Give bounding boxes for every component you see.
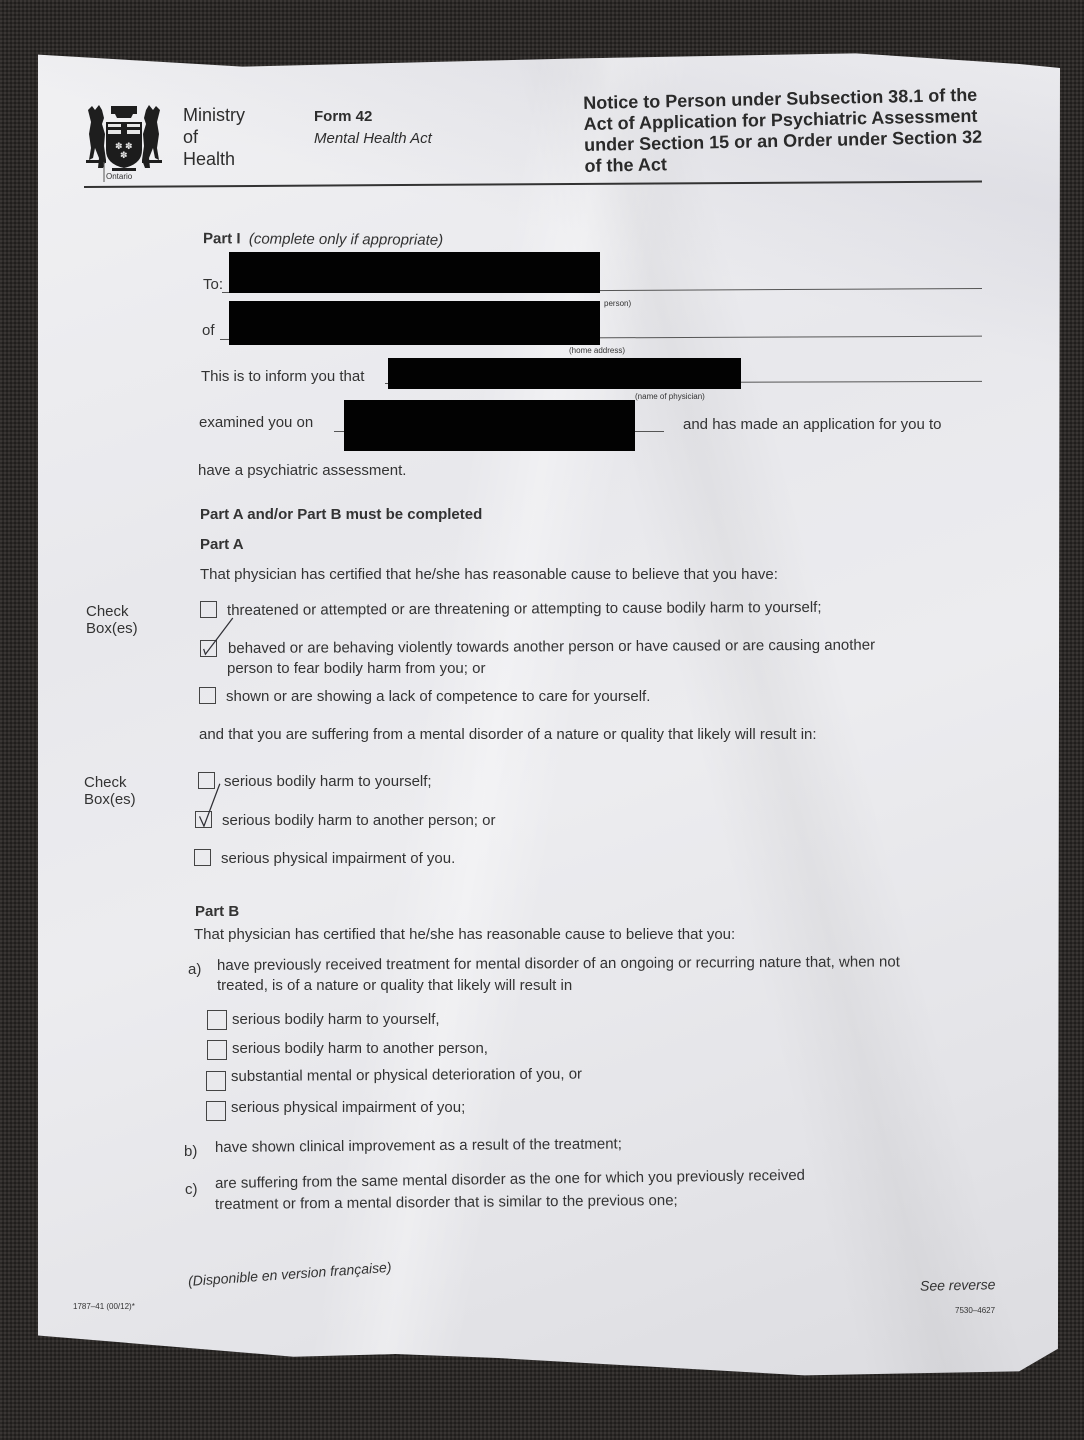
- partB-b-marker: b): [184, 1143, 197, 1160]
- partB-a-marker: a): [188, 961, 201, 978]
- to-label: To:: [203, 276, 223, 293]
- check-label: Check: [86, 603, 138, 620]
- form-code-left: 1787–41 (00/12)*: [73, 1302, 135, 1311]
- to-caption: person): [604, 299, 631, 308]
- svg-text:✽: ✽: [120, 150, 128, 160]
- partA-checkbox-harm-self[interactable]: [198, 772, 215, 789]
- partA-checkbox-violent[interactable]: [200, 640, 217, 657]
- checkmark-icon: [201, 641, 216, 656]
- check-boxes-label: Check Box(es): [84, 774, 136, 808]
- date-field-redacted[interactable]: [344, 400, 635, 451]
- ontario-coat-of-arms-icon: ✽ ✽ ✽ Ontario: [84, 100, 164, 184]
- partA-option-label: shown or are showing a lack of competenc…: [226, 688, 650, 705]
- partB-checkbox-harm-other[interactable]: [207, 1040, 227, 1060]
- partA-checkbox-self-harm[interactable]: [200, 601, 217, 618]
- partB-b-text: have shown clinical improvement as a res…: [215, 1135, 622, 1156]
- partB-a-text-cont: treated, is of a nature or quality that …: [217, 977, 572, 994]
- instructions: Part A and/or Part B must be completed: [200, 506, 482, 523]
- partA-intro: That physician has certified that he/she…: [200, 566, 778, 583]
- partA-result-label: serious physical impairment of you.: [221, 850, 455, 867]
- logo-caption: Ontario: [106, 172, 132, 181]
- part1-note: (complete only if appropriate): [249, 230, 443, 248]
- partB-checkbox-harm-self[interactable]: [207, 1010, 227, 1030]
- to-field-redacted[interactable]: [229, 252, 600, 293]
- partB-option-label: serious bodily harm to yourself,: [232, 1011, 440, 1028]
- part1-continuation: have a psychiatric assessment.: [198, 462, 406, 479]
- part1-title: Part I: [203, 230, 241, 247]
- see-reverse-note: See reverse: [920, 1276, 996, 1294]
- form-number: Form 42: [314, 108, 372, 125]
- partB-intro: That physician has certified that he/she…: [194, 926, 735, 943]
- partA-checkbox-impairment[interactable]: [194, 849, 211, 866]
- partA-result-label: serious bodily harm to yourself;: [224, 773, 432, 790]
- inform-label: This is to inform you that: [201, 368, 364, 385]
- partA-heading: Part A: [200, 536, 244, 553]
- check-label: Check: [84, 774, 136, 791]
- partA-option-label-cont: person to fear bodily harm from you; or: [227, 660, 485, 677]
- partA-option-label: behaved or are behaving violently toward…: [228, 637, 875, 657]
- partA-option-label: threatened or attempted or are threateni…: [227, 599, 822, 619]
- partB-c-marker: c): [185, 1181, 198, 1198]
- partA-result-label: serious bodily harm to another person; o…: [222, 812, 495, 829]
- ministry-line: of: [183, 126, 245, 148]
- partB-checkbox-deterioration[interactable]: [206, 1071, 226, 1091]
- of-label: of: [202, 322, 215, 339]
- partA-checkbox-harm-other[interactable]: [195, 811, 212, 828]
- of-field-redacted[interactable]: [229, 301, 600, 345]
- ministry-name: Ministry of Health: [183, 104, 245, 170]
- partA-intro2: and that you are suffering from a mental…: [199, 726, 817, 743]
- check-boxes-label: Check Box(es): [86, 603, 138, 637]
- partB-checkbox-impairment[interactable]: [206, 1101, 226, 1121]
- examined-label: examined you on: [199, 414, 313, 431]
- check-label: Box(es): [86, 620, 138, 637]
- partB-option-label: serious bodily harm to another person,: [232, 1040, 488, 1057]
- partB-option-label: substantial mental or physical deteriora…: [231, 1066, 582, 1085]
- physician-caption: (name of physician): [635, 392, 705, 401]
- check-label: Box(es): [84, 791, 136, 808]
- act-name: Mental Health Act: [314, 130, 432, 147]
- examined-suffix: and has made an application for you to: [683, 416, 942, 433]
- checkmark-icon: [196, 812, 211, 827]
- partB-option-label: serious physical impairment of you;: [231, 1099, 465, 1116]
- of-caption: (home address): [569, 346, 625, 355]
- partB-heading: Part B: [195, 903, 239, 920]
- partB-a-text: have previously received treatment for m…: [217, 953, 900, 974]
- partA-checkbox-competence[interactable]: [199, 687, 216, 704]
- form-title: Notice to Person under Subsection 38.1 o…: [583, 85, 985, 177]
- ministry-line: Ministry: [183, 104, 245, 126]
- part1-heading: Part I (complete only if appropriate): [203, 230, 443, 249]
- ministry-line: Health: [183, 148, 245, 170]
- form-code-right: 7530–4627: [955, 1306, 995, 1315]
- physician-field-redacted[interactable]: [388, 358, 741, 389]
